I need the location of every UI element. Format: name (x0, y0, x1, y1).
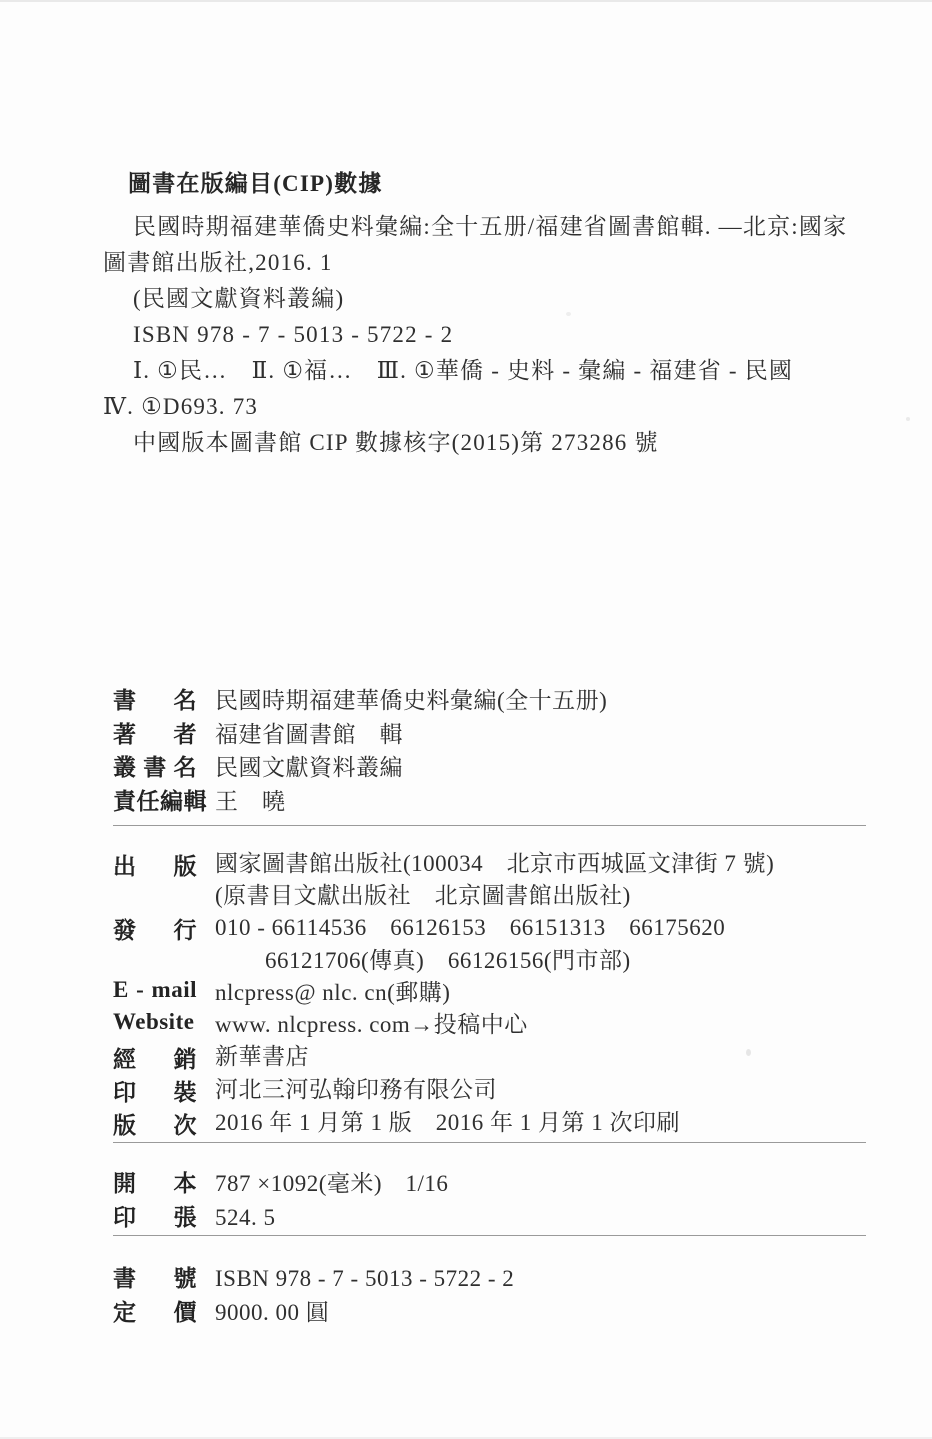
website-row: Website www. nlcpress. com→投稿中心 (113, 1009, 866, 1041)
series-title-row: 叢書名 民國文獻資料叢編 (113, 751, 866, 785)
cip-record-number: 中國版本圖書館 CIP 數據核字(2015)第 273286 號 (133, 425, 903, 461)
author-label: 著者 (113, 718, 197, 752)
scan-speckle (906, 417, 910, 421)
separator-rule-1 (113, 1142, 866, 1143)
colophon-section-3: 書號 ISBN 978 - 7 - 5013 - 5722 - 2 定價 900… (113, 1262, 866, 1330)
book-title-label: 書名 (113, 684, 197, 718)
cip-classification-line1: Ⅰ. ①民… Ⅱ. ①福… Ⅲ. ①華僑 - 史料 - 彙編 - 福建省 - 民… (133, 353, 903, 389)
author-value: 福建省圖書館 輯 (215, 722, 403, 747)
printer-row: 印裝 河北三河弘翰印務有限公司 (113, 1074, 866, 1107)
distribution-phones-label: 發行 (113, 912, 197, 945)
managing-editor-value: 王 曉 (215, 789, 286, 814)
edition-value: 2016 年 1 月第 1 版 2016 年 1 月第 1 次印刷 (215, 1110, 680, 1135)
printed-sheets-label: 印張 (113, 1201, 197, 1235)
publisher-value: 國家圖書館出版社(100034 北京市西城區文津街 7 號) (215, 851, 774, 876)
distribution-phones-value: 010 - 66114536 66126153 66151313 6617562… (215, 915, 725, 940)
separator-rule-2 (113, 1235, 866, 1236)
printer-value: 河北三河弘翰印務有限公司 (215, 1077, 497, 1102)
series-title-label: 叢書名 (113, 751, 197, 785)
email-value: nlcpress@ nlc. cn(郵購) (215, 980, 450, 1005)
cip-description-line1: 民國時期福建華僑史料彙編:全十五册/福建省圖書館輯. —北京:國家 (133, 209, 903, 245)
printer-label: 印裝 (113, 1074, 197, 1107)
edition-row: 版次 2016 年 1 月第 1 版 2016 年 1 月第 1 次印刷 (113, 1107, 866, 1140)
printed-sheets-row: 印張 524. 5 (113, 1201, 866, 1235)
publisher-row: 出版 國家圖書館出版社(100034 北京市西城區文津街 7 號) (原書目文獻… (113, 848, 866, 912)
colophon-section-0: 書名 民國時期福建華僑史料彙編(全十五册) 著者 福建省圖書館 輯 叢書名 民國… (113, 684, 866, 818)
author-row: 著者 福建省圖書館 輯 (113, 718, 866, 752)
colophon-block: 書名 民國時期福建華僑史料彙編(全十五册) 著者 福建省圖書館 輯 叢書名 民國… (113, 684, 866, 1330)
separator-rule-0 (113, 825, 866, 826)
email-row: E - mail nlcpress@ nlc. cn(郵購) (113, 977, 866, 1009)
website-label: Website (113, 1009, 197, 1035)
distributor-value: 新華書店 (215, 1044, 309, 1069)
colophon-section-2: 開本 787 ×1092(毫米) 1/16 印張 524. 5 (113, 1167, 866, 1235)
book-number-label: 書號 (113, 1262, 197, 1296)
distributor-label: 經銷 (113, 1041, 197, 1074)
distributor-row: 經銷 新華書店 (113, 1041, 866, 1074)
book-number-value: ISBN 978 - 7 - 5013 - 5722 - 2 (215, 1266, 514, 1291)
format-row: 開本 787 ×1092(毫米) 1/16 (113, 1167, 866, 1201)
book-title-value: 民國時期福建華僑史料彙編(全十五册) (215, 688, 607, 713)
publisher-value-line2: (原書目文獻出版社 北京圖書館出版社) (215, 880, 866, 912)
colophon-section-1: 出版 國家圖書館出版社(100034 北京市西城區文津街 7 號) (原書目文獻… (113, 848, 866, 1140)
publisher-label: 出版 (113, 848, 197, 881)
printed-sheets-value: 524. 5 (215, 1205, 276, 1230)
price-value: 9000. 00 圓 (215, 1300, 329, 1325)
cip-isbn: ISBN 978 - 7 - 5013 - 5722 - 2 (133, 317, 903, 353)
distribution-phones-row: 發行 010 - 66114536 66126153 66151313 6617… (113, 912, 866, 976)
cip-series-note: (民國文獻資料叢編) (133, 281, 903, 317)
managing-editor-label: 責任編輯 (113, 785, 197, 819)
book-title-row: 書名 民國時期福建華僑史料彙編(全十五册) (113, 684, 866, 718)
cip-heading: 圖書在版編目(CIP)數據 (128, 166, 903, 202)
distribution-phones-value-line2: 66121706(傳真) 66126156(門市部) (265, 945, 866, 977)
email-label: E - mail (113, 977, 197, 1003)
scanned-colophon-page: { "accent_colors": { "text": "#2f2f2f", … (0, 0, 932, 1439)
price-row: 定價 9000. 00 圓 (113, 1296, 866, 1330)
cip-data-block: 圖書在版編目(CIP)數據 民國時期福建華僑史料彙編:全十五册/福建省圖書館輯.… (103, 166, 903, 461)
scan-edge-top (0, 0, 932, 2)
format-value: 787 ×1092(毫米) 1/16 (215, 1171, 448, 1196)
cip-classification-line2: Ⅳ. ①D693. 73 (103, 389, 903, 425)
price-label: 定價 (113, 1296, 197, 1330)
website-value: www. nlcpress. com→投稿中心 (215, 1012, 528, 1037)
format-label: 開本 (113, 1167, 197, 1201)
series-title-value: 民國文獻資料叢編 (215, 755, 403, 780)
edition-label: 版次 (113, 1107, 197, 1140)
book-number-row: 書號 ISBN 978 - 7 - 5013 - 5722 - 2 (113, 1262, 866, 1296)
cip-description-line2: 圖書館出版社,2016. 1 (103, 245, 903, 281)
managing-editor-row: 責任編輯 王 曉 (113, 785, 866, 819)
